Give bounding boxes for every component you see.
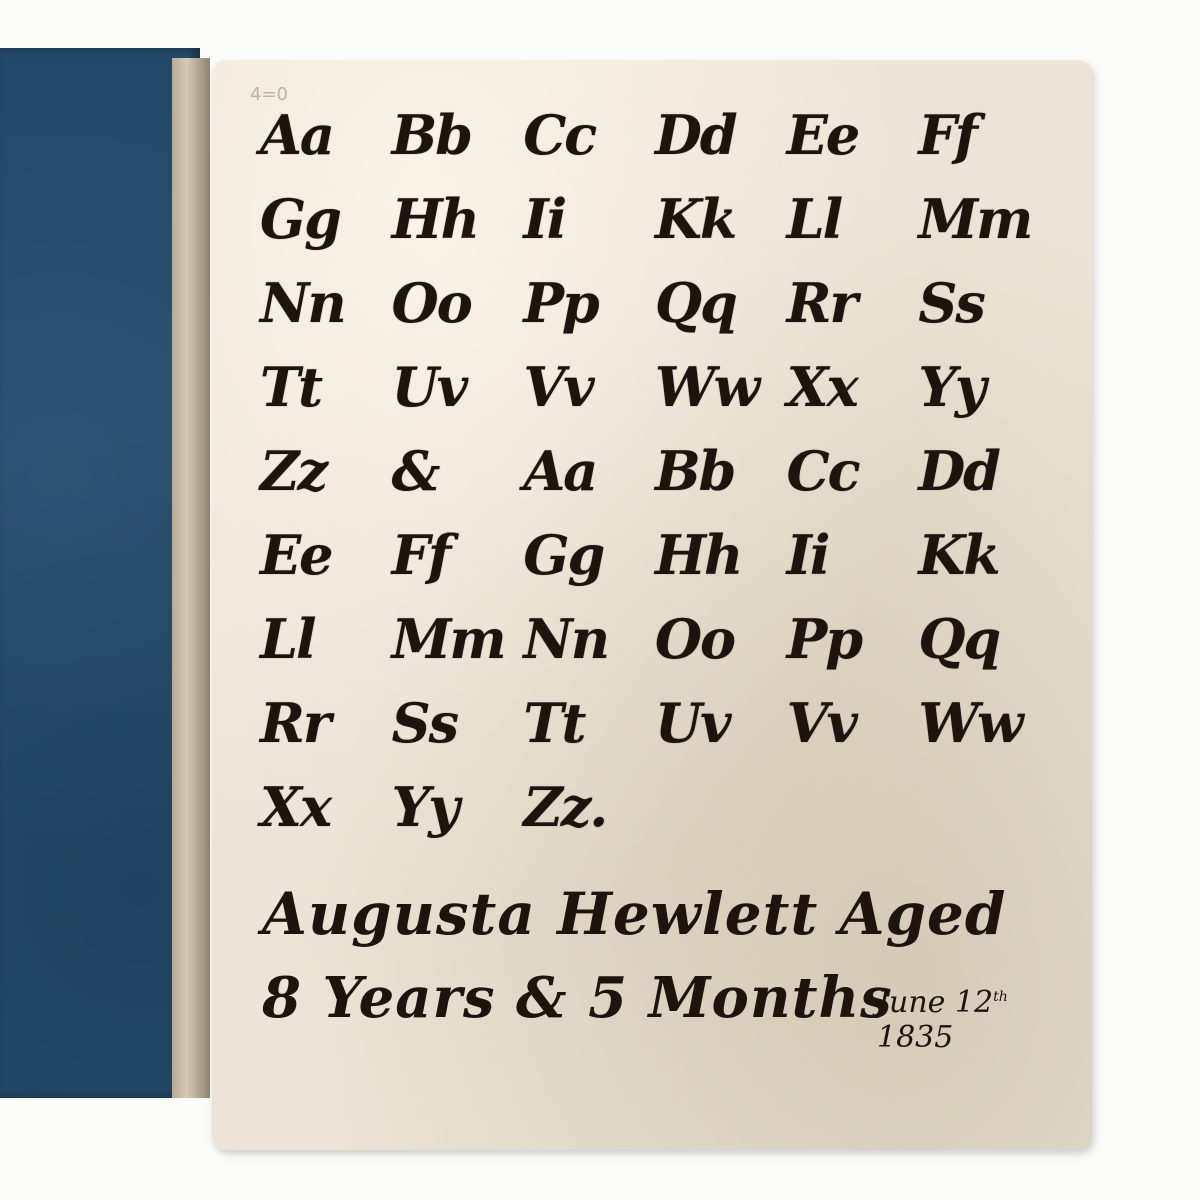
letter-pair: Ii	[787, 520, 919, 590]
letter-pair: Dd	[918, 436, 1050, 506]
letter-pair: Ee	[787, 100, 919, 170]
letter-pair: Nn	[523, 604, 655, 674]
letter-pair: Xx	[787, 352, 919, 422]
copybook-page: 4=0 Aa Bb Cc Dd Ee Ff Gg Hh Ii Kk Ll Mm …	[212, 60, 1092, 1150]
letter-pair: Qq	[918, 604, 1050, 674]
letter-pair: Ff	[918, 100, 1050, 170]
book-cover	[0, 48, 200, 1098]
letter-pair: Bb	[655, 436, 787, 506]
letter-pair: Oo	[655, 604, 787, 674]
letter-pair: Hh	[655, 520, 787, 590]
letter-pair: Ff	[392, 520, 524, 590]
letter-pair: Tt	[523, 688, 655, 758]
letter-pair: Cc	[787, 436, 919, 506]
letter-pair: Yy	[392, 772, 524, 842]
letter-pair: Ss	[392, 688, 524, 758]
letter-pair: Vv	[787, 688, 919, 758]
letter-pair: Oo	[392, 268, 524, 338]
date-suffix: th	[993, 989, 1008, 1005]
letter-pair: Qq	[655, 268, 787, 338]
letter-pair: Yy	[918, 352, 1050, 422]
letter-pair: Rr	[787, 268, 919, 338]
letter-pair: Ss	[918, 268, 1050, 338]
letter-pair: Ww	[655, 352, 787, 422]
letter-pair: Vv	[523, 352, 655, 422]
letter-pair: Xx	[260, 772, 392, 842]
letter-pair: Aa	[260, 100, 392, 170]
signature-name-line: Augusta Hewlett Aged	[262, 880, 1006, 948]
letter-pair: Zz	[260, 436, 392, 506]
letter-pair: &	[392, 436, 524, 506]
letter-pair: Mm	[392, 604, 524, 674]
inscription-date: June 12th 1835	[877, 985, 1092, 1055]
date-text: June 12	[877, 985, 993, 1020]
letter-pair: Ii	[523, 184, 655, 254]
letter-pair: Bb	[392, 100, 524, 170]
letter-pair: Ll	[787, 184, 919, 254]
letter-pair: Hh	[392, 184, 524, 254]
letter-pair: Cc	[523, 100, 655, 170]
letter-pair: Kk	[918, 520, 1050, 590]
letter-pair: Uv	[655, 688, 787, 758]
letter-pair: Uv	[392, 352, 524, 422]
book-spine	[172, 58, 210, 1098]
date-year: 1835	[877, 1020, 953, 1055]
letter-pair: Nn	[260, 268, 392, 338]
letter-pair: Gg	[523, 520, 655, 590]
letter-pair: Ww	[918, 688, 1050, 758]
letter-pair: Aa	[523, 436, 655, 506]
letter-pair: Gg	[260, 184, 392, 254]
alphabet-grid: Aa Bb Cc Dd Ee Ff Gg Hh Ii Kk Ll Mm Nn O…	[260, 100, 1050, 842]
letter-pair: Pp	[523, 268, 655, 338]
signature-age-line: 8 Years & 5 Months	[262, 965, 893, 1031]
letter-pair: Ll	[260, 604, 392, 674]
letter-pair: Dd	[655, 100, 787, 170]
letter-pair: Mm	[918, 184, 1050, 254]
letter-pair: Ee	[260, 520, 392, 590]
letter-pair: Tt	[260, 352, 392, 422]
letter-pair: Rr	[260, 688, 392, 758]
letter-pair: Kk	[655, 184, 787, 254]
letter-pair: Pp	[787, 604, 919, 674]
letter-pair: Zz.	[523, 772, 655, 842]
